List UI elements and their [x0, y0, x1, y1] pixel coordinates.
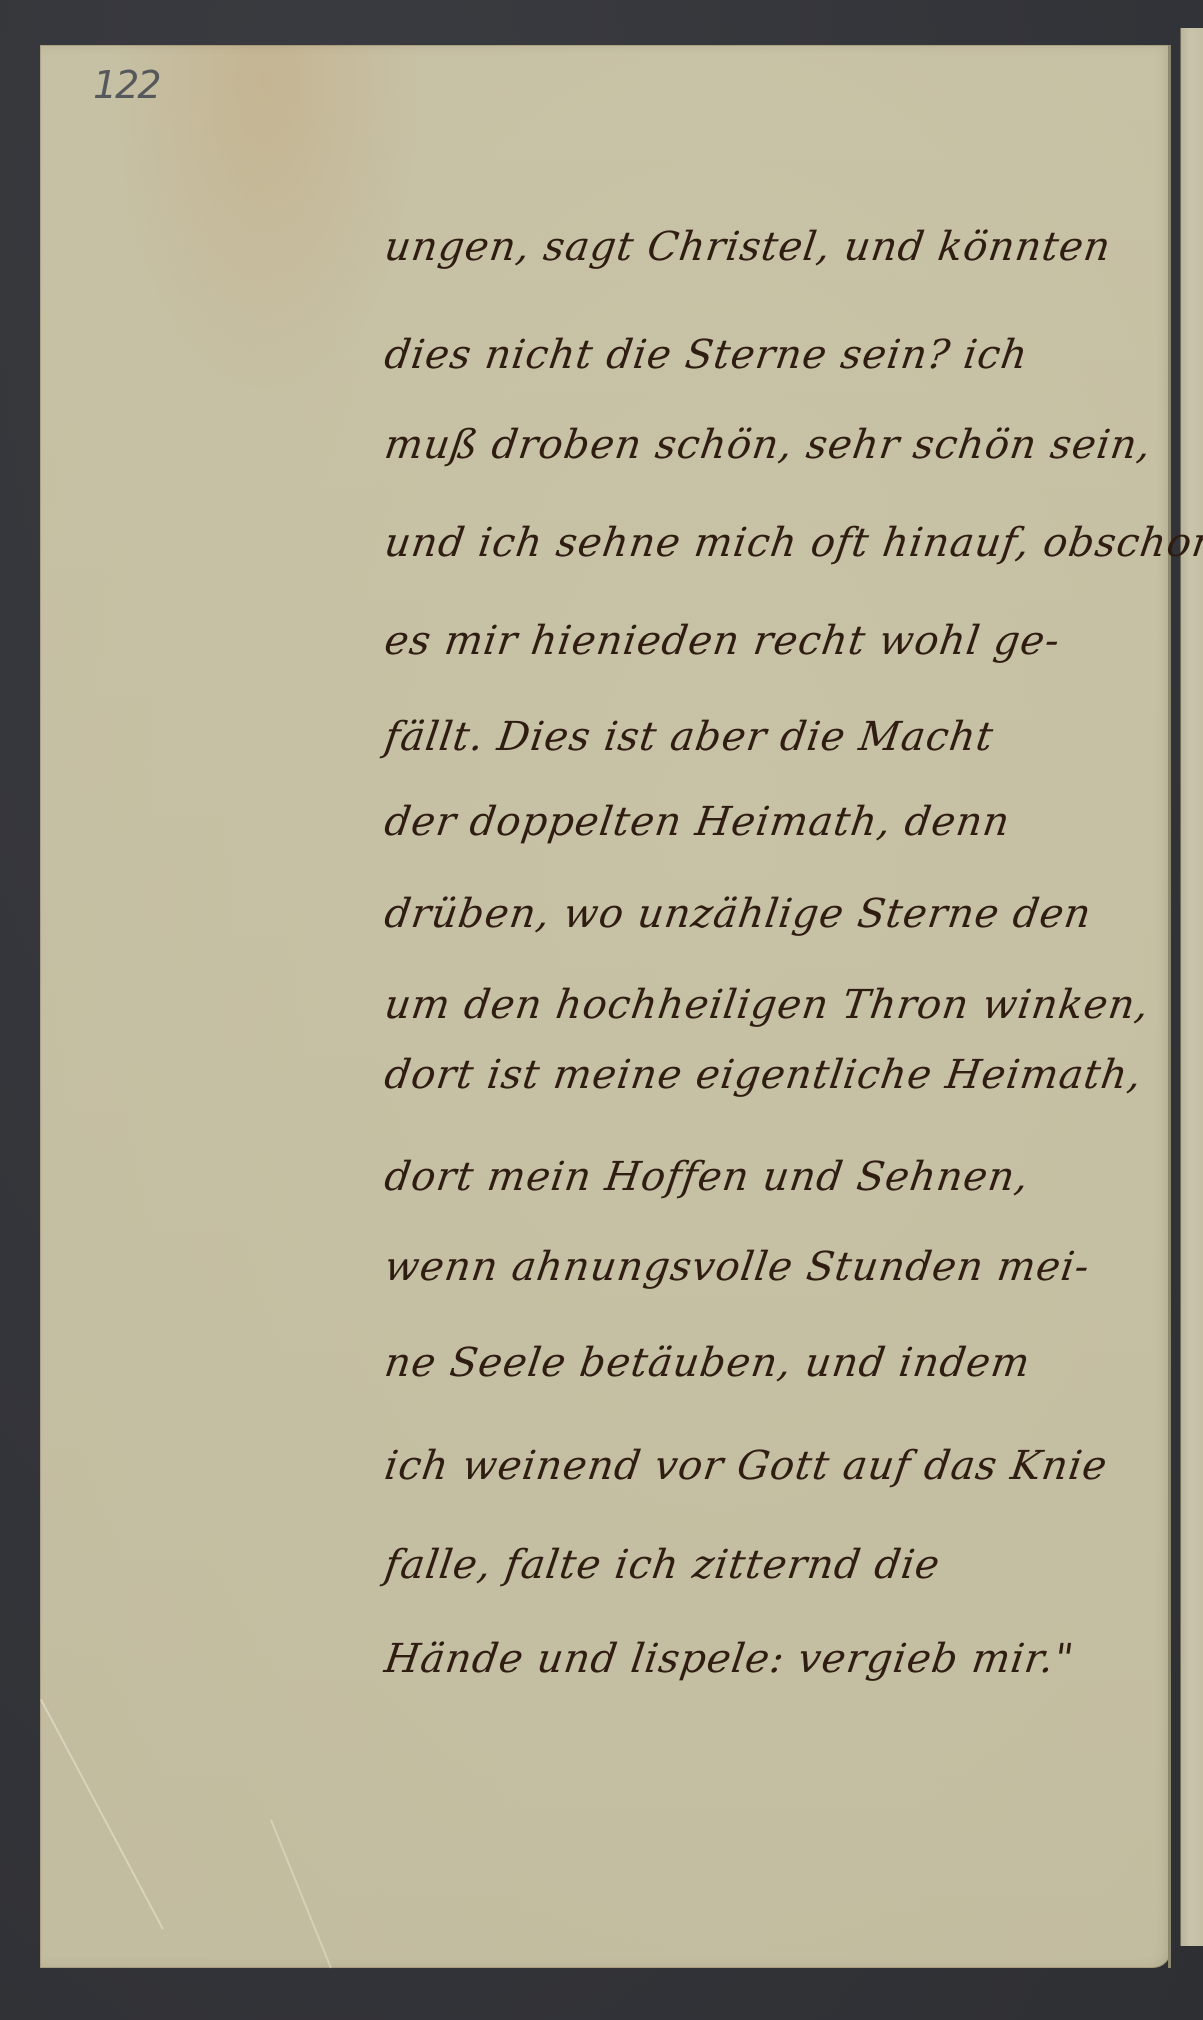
text-line-14: ich weinend vor Gott auf das Knie [382, 1446, 1110, 1486]
adjacent-page-edge [1180, 28, 1203, 1946]
text-line-15: falle, falte ich zitternd die [382, 1545, 943, 1585]
text-line-3: muß droben schön, sehr schön sein, [382, 425, 1154, 465]
text-line-2: dies nicht die Sterne sein? ich [382, 335, 1031, 375]
text-line-13: ne Seele betäuben, und indem [382, 1343, 1033, 1383]
text-line-1: ungen, sagt Christel, und könnten [382, 227, 1113, 267]
text-line-9: um den hochheiligen Thron winken, [382, 985, 1152, 1025]
text-line-11: dort mein Hoffen und Sehnen, [382, 1157, 1031, 1197]
text-line-12: wenn ahnungsvolle Stunden mei- [382, 1247, 1092, 1287]
text-line-8: drüben, wo unzählige Sterne den [382, 894, 1094, 934]
text-line-4: und ich sehne mich oft hinauf, obschon [382, 523, 1203, 563]
text-line-7: der doppelten Heimath, denn [382, 802, 1013, 842]
folio-number: 122 [93, 63, 160, 107]
text-line-10: dort ist meine eigentliche Heimath, [382, 1055, 1144, 1095]
page-edge [1168, 45, 1171, 1968]
text-line-6: fällt. Dies ist aber die Macht [382, 717, 996, 757]
text-line-16: Hände und lispele: vergieb mir." [382, 1639, 1076, 1679]
text-line-5: es mir hienieden recht wohl ge- [382, 621, 1062, 661]
manuscript-page: 122 ungen, sagt Christel, und könnten di… [40, 45, 1171, 1968]
